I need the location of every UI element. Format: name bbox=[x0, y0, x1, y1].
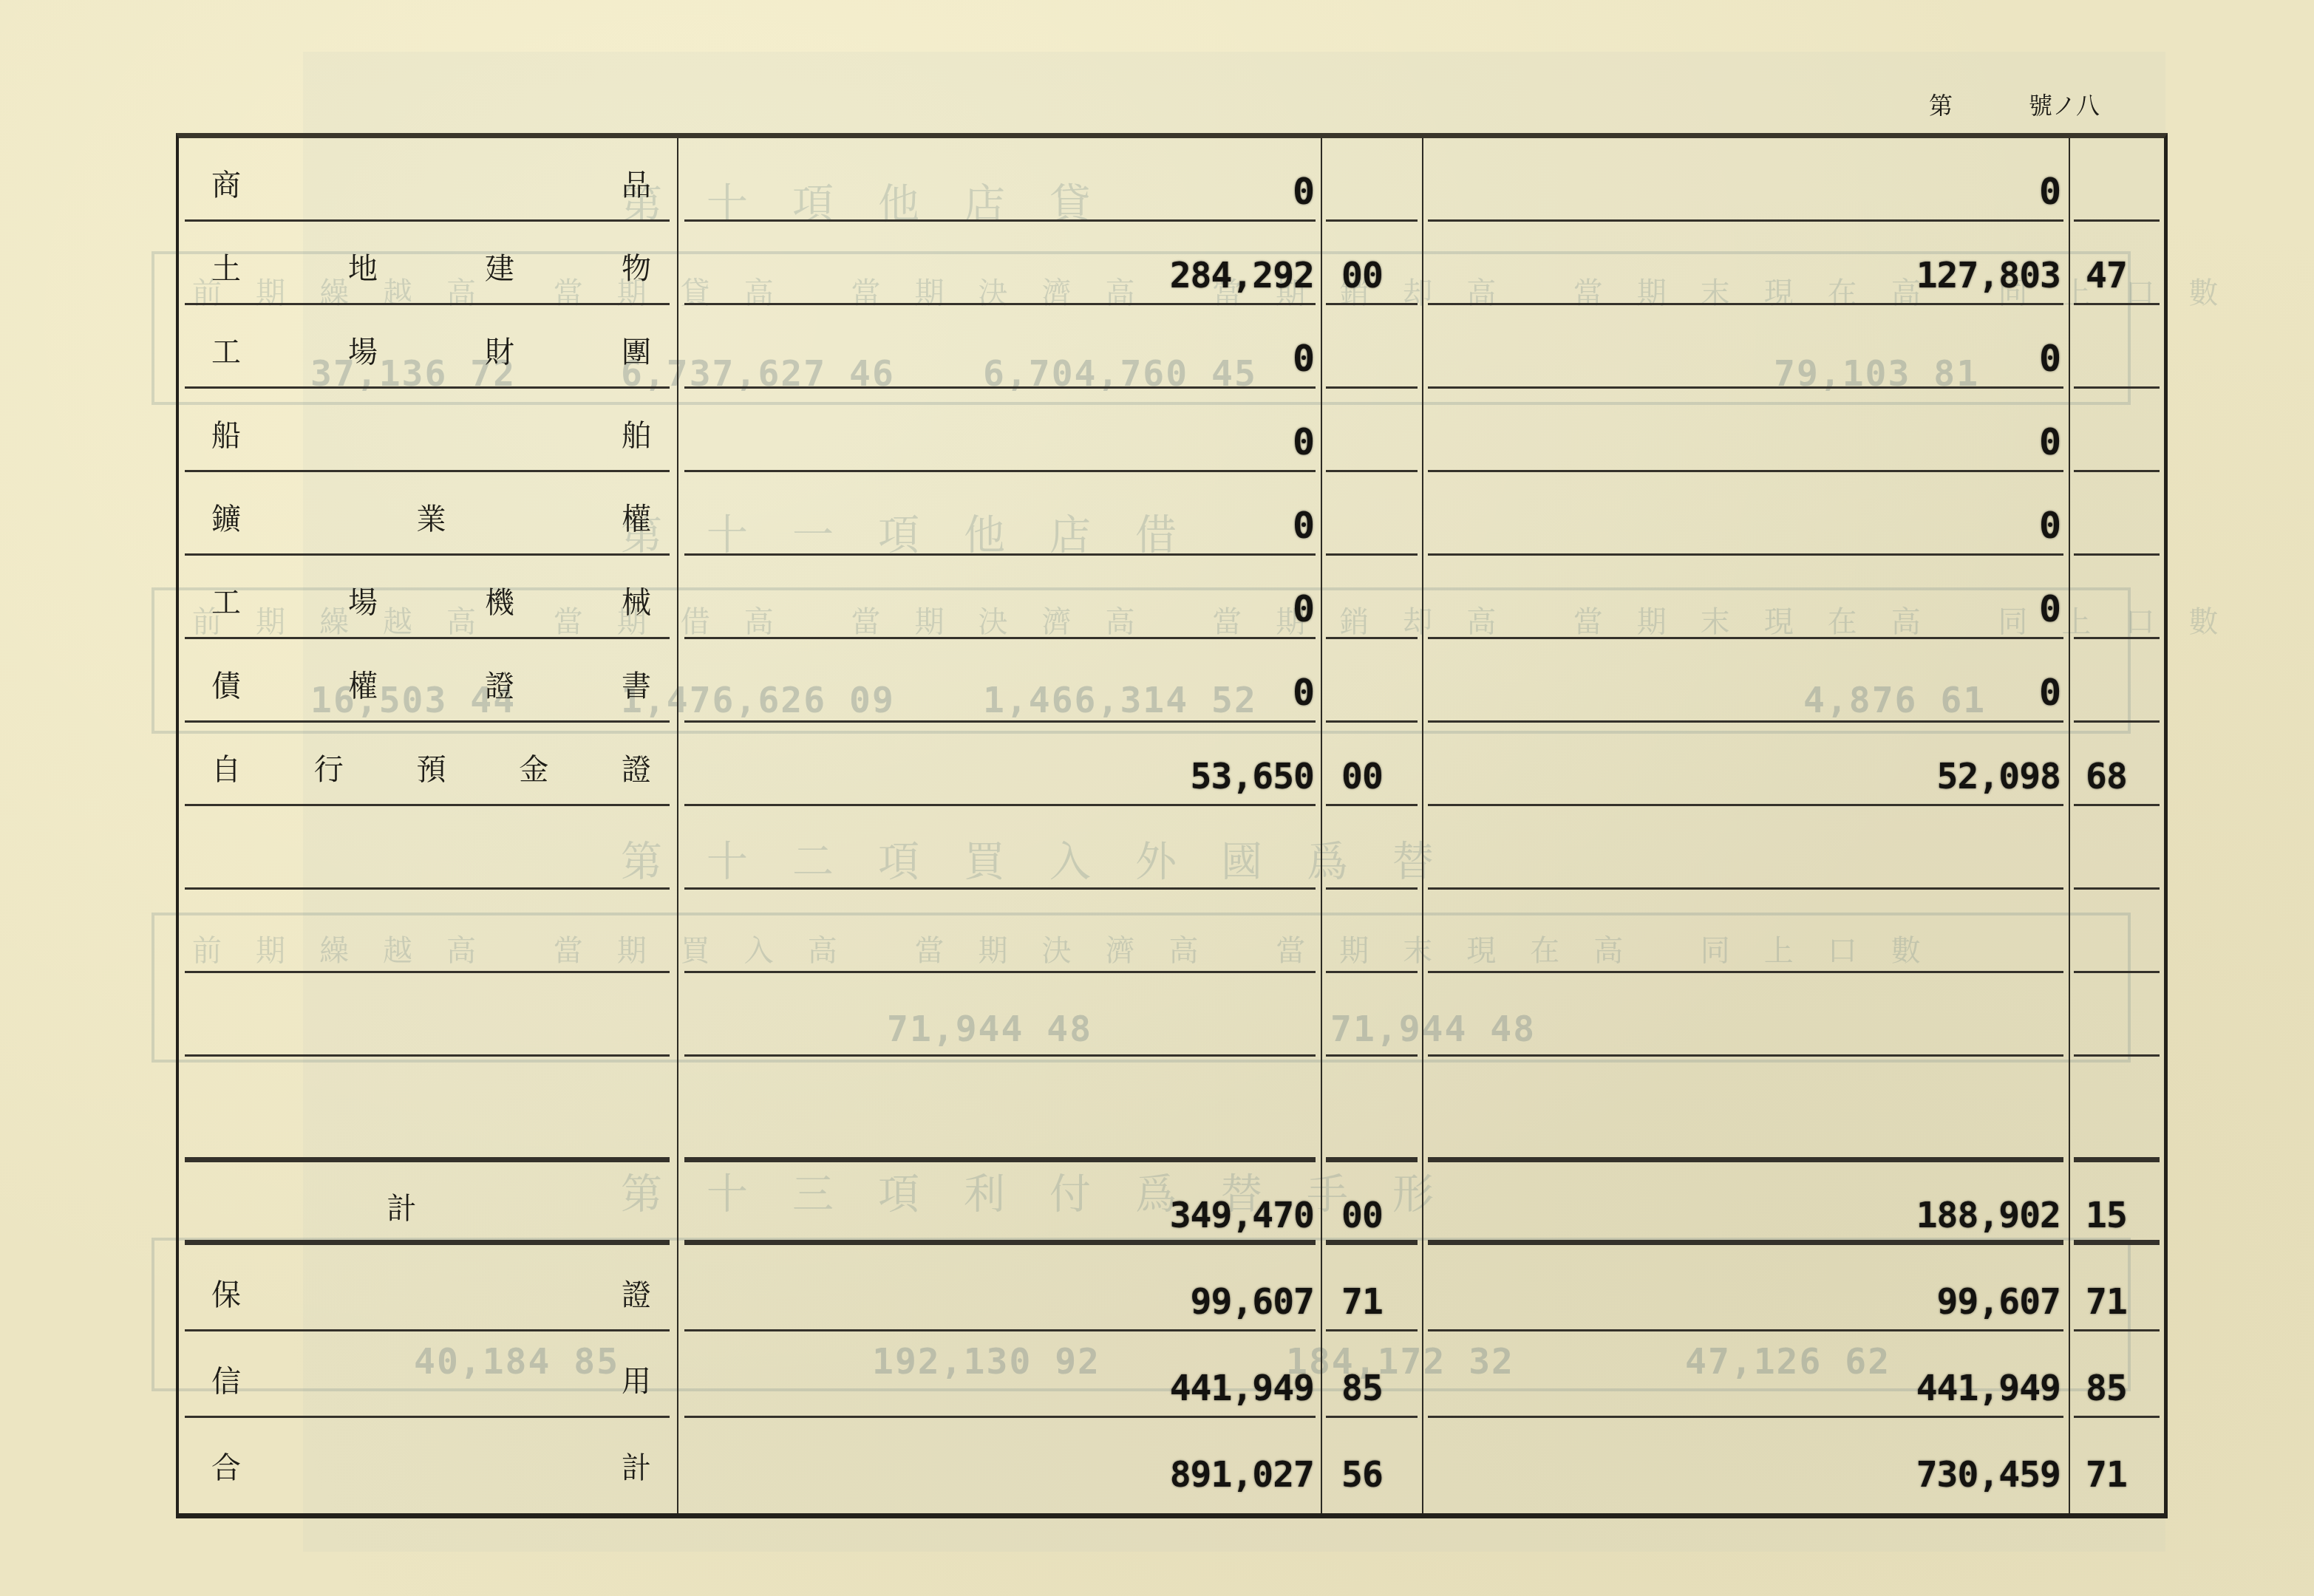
ledger-row: 鑛業權00 bbox=[179, 472, 2164, 556]
left-yen-value: 349,470 bbox=[945, 1195, 1314, 1236]
ledger-row bbox=[179, 1057, 2164, 1162]
row-rule bbox=[2074, 1157, 2160, 1162]
row-label: 合計 bbox=[211, 1445, 651, 1487]
row-label-char: 團 bbox=[622, 329, 651, 371]
ledger-row: 自行預金證53,6500052,09868 bbox=[179, 723, 2164, 806]
ledger-row: 合計891,02756730,45971 bbox=[179, 1418, 2164, 1504]
row-label-char: 債 bbox=[211, 663, 241, 705]
row-label: 信用 bbox=[211, 1358, 651, 1400]
left-sen-value: 56 bbox=[1341, 1454, 1423, 1496]
row-rule bbox=[1428, 1240, 2063, 1245]
row-label-char: 機 bbox=[485, 579, 514, 621]
left-yen-value: 0 bbox=[945, 671, 1314, 714]
left-sen-value: 00 bbox=[1341, 255, 1423, 296]
row-label-char: 權 bbox=[348, 663, 378, 705]
row-label: 保證 bbox=[211, 1272, 651, 1314]
right-yen-value: 188,902 bbox=[1691, 1195, 2061, 1236]
row-label-char: 書 bbox=[622, 663, 651, 705]
row-label: 工場財團 bbox=[211, 329, 651, 371]
row-label-char: 業 bbox=[417, 496, 446, 538]
row-label-char: 工 bbox=[211, 579, 241, 621]
left-yen-value: 441,949 bbox=[945, 1368, 1314, 1409]
right-sen-value: 71 bbox=[2086, 1281, 2167, 1323]
row-label-char: 預 bbox=[417, 746, 446, 788]
row-label-char: 證 bbox=[622, 1272, 651, 1314]
row-rule bbox=[1326, 1157, 1418, 1162]
row-rule bbox=[2074, 1240, 2160, 1245]
row-label: 商品 bbox=[211, 162, 651, 204]
row-label-char: 行 bbox=[314, 746, 344, 788]
left-yen-value: 891,027 bbox=[945, 1454, 1314, 1496]
ledger-row bbox=[179, 973, 2164, 1057]
left-yen-value: 0 bbox=[945, 337, 1314, 380]
ledger-table: 商品00土地建物284,29200127,80347工場財團00船舶00鑛業權0… bbox=[176, 133, 2168, 1518]
row-label: 土地建物 bbox=[211, 245, 651, 287]
row-label-char: 械 bbox=[622, 579, 651, 621]
right-sen-value: 71 bbox=[2086, 1454, 2167, 1496]
left-yen-value: 284,292 bbox=[945, 255, 1314, 296]
row-label-char: 場 bbox=[348, 329, 378, 371]
row-label-char: 建 bbox=[485, 245, 514, 287]
row-rule bbox=[684, 1157, 1316, 1162]
row-label-char: 物 bbox=[622, 245, 651, 287]
row-rule bbox=[684, 1240, 1316, 1245]
row-label-char: 用 bbox=[622, 1358, 651, 1400]
row-label-char: 船 bbox=[211, 412, 241, 454]
row-rule bbox=[185, 1157, 670, 1162]
row-label: 債權證書 bbox=[211, 663, 651, 705]
right-yen-value: 0 bbox=[1691, 170, 2061, 213]
row-label-char: 財 bbox=[485, 329, 514, 371]
row-rule bbox=[1326, 1240, 1418, 1245]
right-yen-value: 0 bbox=[1691, 671, 2061, 714]
row-label-char: 舶 bbox=[622, 412, 651, 454]
left-sen-value: 85 bbox=[1341, 1368, 1423, 1409]
page-number-prefix: 第 bbox=[1929, 87, 1953, 121]
right-yen-value: 0 bbox=[1691, 504, 2061, 547]
row-label-char: 商 bbox=[211, 162, 241, 204]
right-sen-value: 68 bbox=[2086, 756, 2167, 797]
page-number-suffix: 號ノ八 bbox=[2029, 87, 2100, 121]
row-label-char: 工 bbox=[211, 329, 241, 371]
ledger-row: 債權證書00 bbox=[179, 639, 2164, 723]
row-label-char: 鑛 bbox=[211, 496, 241, 538]
row-label-char: 地 bbox=[348, 245, 378, 287]
row-label-char: 土 bbox=[211, 245, 241, 287]
ledger-row: 工場機械00 bbox=[179, 556, 2164, 639]
right-yen-value: 0 bbox=[1691, 420, 2061, 463]
ledger-row: 保證99,6077199,60771 bbox=[179, 1245, 2164, 1331]
ledger-row: 信用441,94985441,94985 bbox=[179, 1331, 2164, 1418]
row-label-char: 金 bbox=[519, 746, 548, 788]
row-label-char: 自 bbox=[211, 746, 241, 788]
right-sen-value: 47 bbox=[2086, 255, 2167, 296]
left-sen-value: 71 bbox=[1341, 1281, 1423, 1323]
left-yen-value: 53,650 bbox=[945, 756, 1314, 797]
ledger-row bbox=[179, 890, 2164, 973]
row-label-char: 保 bbox=[211, 1272, 241, 1314]
right-yen-value: 0 bbox=[1691, 587, 2061, 630]
row-label-char: 證 bbox=[485, 663, 514, 705]
right-sen-value: 15 bbox=[2086, 1195, 2167, 1236]
row-label: 自行預金證 bbox=[211, 746, 651, 788]
ledger-row: 商品00 bbox=[179, 138, 2164, 222]
row-label-char: 計 bbox=[387, 1185, 417, 1227]
right-yen-value: 441,949 bbox=[1691, 1368, 2061, 1409]
row-label-char: 合 bbox=[211, 1445, 241, 1487]
row-label: 船舶 bbox=[211, 412, 651, 454]
ledger-row: 土地建物284,29200127,80347 bbox=[179, 222, 2164, 305]
row-label-char: 品 bbox=[622, 162, 651, 204]
right-yen-value: 52,098 bbox=[1691, 756, 2061, 797]
ledger-row: 計349,47000188,90215 bbox=[179, 1162, 2164, 1245]
right-yen-value: 99,607 bbox=[1691, 1281, 2061, 1323]
row-label-char: 場 bbox=[348, 579, 378, 621]
row-label: 工場機械 bbox=[211, 579, 651, 621]
right-yen-value: 0 bbox=[1691, 337, 2061, 380]
left-yen-value: 0 bbox=[945, 587, 1314, 630]
row-label-char: 權 bbox=[622, 496, 651, 538]
row-label-char: 信 bbox=[211, 1358, 241, 1400]
row-label-char: 證 bbox=[622, 746, 651, 788]
row-rule bbox=[185, 1240, 670, 1245]
left-yen-value: 0 bbox=[945, 420, 1314, 463]
left-sen-value: 00 bbox=[1341, 1195, 1423, 1236]
row-label: 計 bbox=[211, 1185, 651, 1227]
right-yen-value: 127,803 bbox=[1691, 255, 2061, 296]
left-yen-value: 0 bbox=[945, 504, 1314, 547]
ledger-row bbox=[179, 806, 2164, 890]
left-sen-value: 00 bbox=[1341, 756, 1423, 797]
row-label: 鑛業權 bbox=[211, 496, 651, 538]
right-yen-value: 730,459 bbox=[1691, 1454, 2061, 1496]
ledger-row: 船舶00 bbox=[179, 389, 2164, 472]
right-sen-value: 85 bbox=[2086, 1368, 2167, 1409]
row-rule bbox=[1428, 1157, 2063, 1162]
left-yen-value: 99,607 bbox=[945, 1281, 1314, 1323]
ledger-row: 工場財團00 bbox=[179, 305, 2164, 389]
left-yen-value: 0 bbox=[945, 170, 1314, 213]
row-label-char: 計 bbox=[622, 1445, 651, 1487]
